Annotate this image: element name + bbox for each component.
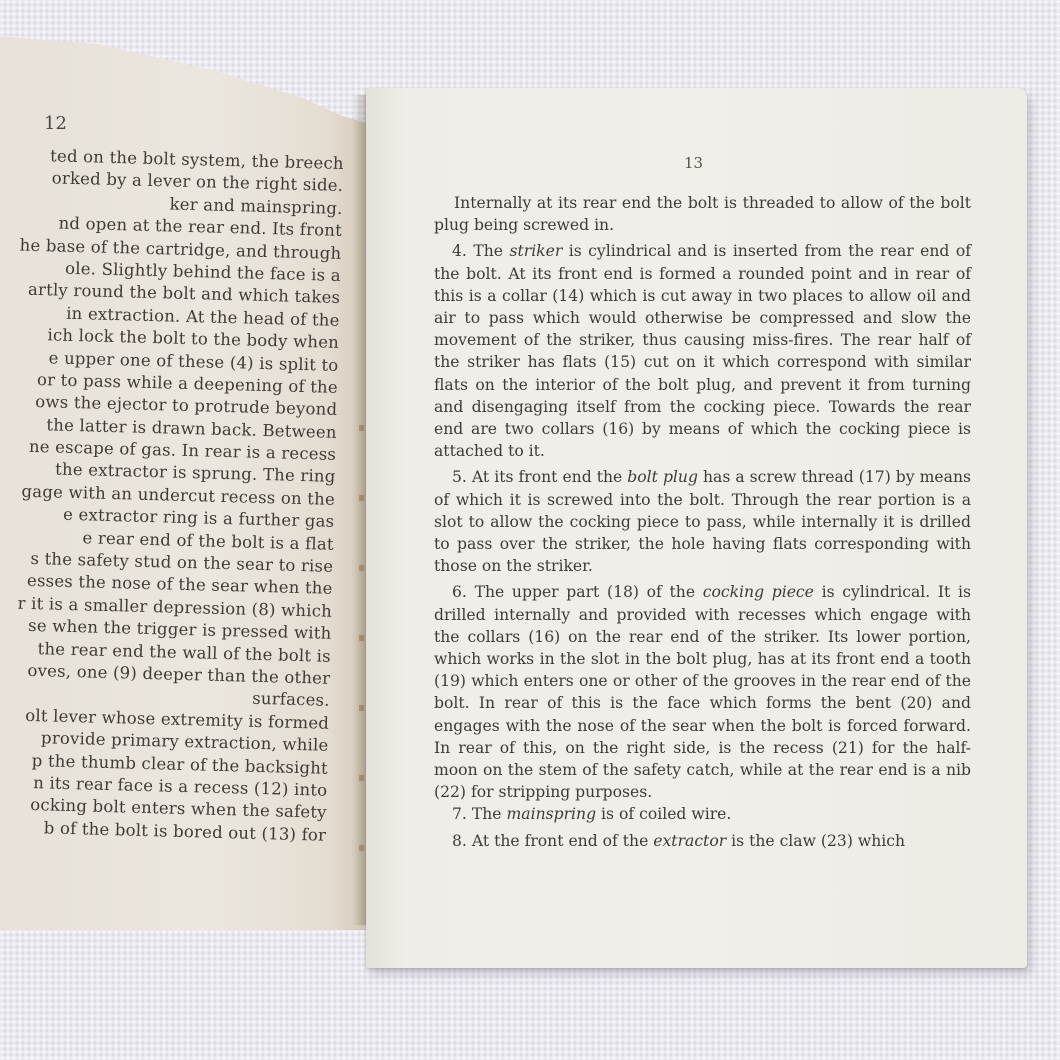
paragraph-intro: Internally at its rear end the bolt is t…	[434, 192, 971, 236]
term-mainspring: mainspring	[507, 805, 597, 823]
paragraph-5-bolt-plug: 5. At its front end the bolt plug has a …	[434, 466, 971, 577]
left-page-text: ted on the bolt system, the breechorked …	[0, 142, 344, 847]
paragraph-8-extractor: 8. At the front end of the extractor is …	[434, 830, 971, 852]
term-striker: striker	[509, 242, 562, 260]
paragraph-text: is the claw (23) which	[726, 832, 905, 850]
term-cocking-piece: cocking piece	[703, 583, 814, 601]
paragraph-number: 8.	[452, 832, 467, 850]
term-bolt-plug: bolt plug	[627, 468, 698, 486]
right-page: 13 Internally at its rear end the bolt i…	[366, 88, 1027, 968]
paragraph-number: 6.	[452, 583, 467, 601]
right-page-number: 13	[684, 154, 703, 172]
paragraph-text: is of coiled wire.	[596, 805, 731, 823]
paragraph-6-cocking-piece: 6. The upper part (18) of the cocking pi…	[434, 581, 971, 803]
paragraph-text: is cylindrical. It is drilled internally…	[434, 583, 971, 801]
paragraph-text: At the front end of the	[472, 832, 653, 850]
paragraph-number: 4.	[452, 242, 467, 260]
paragraph-number: 7.	[452, 805, 467, 823]
left-page-number: 12	[44, 113, 67, 134]
paragraph-text: The upper part (18) of the	[475, 583, 703, 601]
paragraph-text: At its front end the	[472, 468, 627, 486]
paragraph-text: The	[472, 805, 507, 823]
paragraph-text: is cylindrical and is inserted from the …	[434, 242, 971, 460]
paragraph-7-mainspring: 7. The mainspring is of coiled wire.	[434, 803, 971, 825]
paragraph-4-striker: 4. The striker is cylindrical and is ins…	[434, 240, 971, 462]
paragraph-text: Internally at its rear end the bolt is t…	[434, 194, 971, 234]
left-page: 12 ted on the bolt system, the breechork…	[0, 35, 372, 930]
paragraph-text: The	[473, 242, 509, 260]
right-page-text: Internally at its rear end the bolt is t…	[434, 192, 971, 852]
term-extractor: extractor	[653, 832, 726, 850]
paragraph-number: 5.	[452, 468, 467, 486]
